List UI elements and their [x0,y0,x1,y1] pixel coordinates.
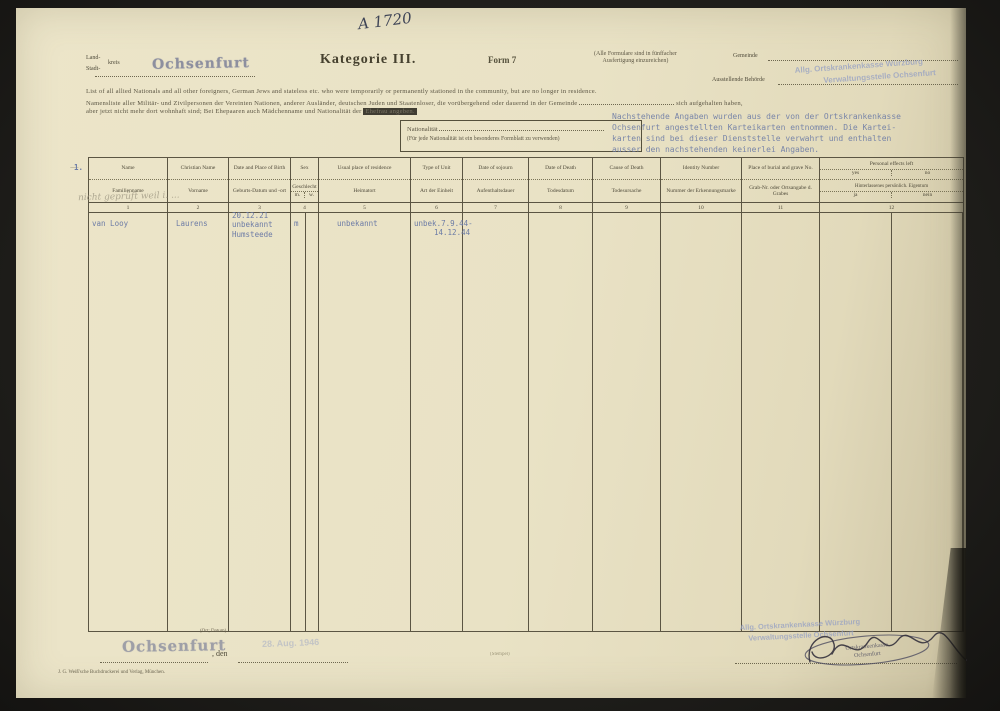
ochsenfurt-stamp-bottom: Ochsenfurt [122,636,227,656]
col-death-date-en: Date of Death [529,158,592,180]
typed-note-line1: Nachstehende Angaben wurden aus der von … [612,111,901,122]
nationality-box: Nationalität (Für jede Nationalität ist … [400,120,642,152]
col-header-identity: Identity Number Nummer der Erkennungsmar… [661,158,742,212]
row-christian-name: Laurens [176,219,208,228]
col-unit-en: Type of Unit [411,158,462,180]
printer-imprint: J. G. Weiß'sche Buchdruckerei und Verlag… [58,670,165,675]
col-burial-de: Grab-Nr. oder Ortsangabe d. Grabes [742,180,819,202]
intro-german-line1: Namensliste aller Militär- und Zivilpers… [86,98,743,107]
col-residence-en: Usual place of residence [319,158,410,180]
cell-sojourn [463,213,529,631]
col-header-sex: Sex Geschlecht m. w. 4 [291,158,319,212]
col-header-burial: Place of burial and grave No. Grab-Nr. o… [742,158,820,212]
cell-effects [820,213,963,631]
intro-german-line1-end: sich aufgehalten haben, [676,100,743,107]
copies-note: (Alle Formulare sind in fünffacher Ausfe… [594,51,677,65]
col-sex-en: Sex [291,158,318,180]
table-body: van Looy Laurens 20.12.21 unbekannt Hums… [88,212,964,632]
row-birth-unknown: unbekannt [232,220,273,229]
land-label: Land- [86,55,100,62]
col-birth-en: Date and Place of Birth [229,158,290,180]
col-death-date-de: Todesdatum [529,180,592,202]
col-header-birth: Date and Place of Birth Geburts-Datum un… [229,158,291,212]
col-death-cause-num: 9 [593,202,660,212]
col-header-christian-name: Christian Name Vorname 2 [168,158,229,212]
row-birth-place: Humsteede [232,230,273,239]
col-header-death-cause: Cause of Death Todesursache 9 [593,158,661,212]
gemeinde-inline-blank [579,98,674,105]
intro-german-line2: aber jetzt nicht mehr dort wohnhaft sind… [86,108,417,115]
gemeinde-label: Gemeinde [733,53,758,60]
cell-residence: unbekannt [319,213,411,631]
cell-death-date [529,213,593,631]
den-label: , den [212,649,228,658]
col-identity-num: 10 [661,202,741,212]
intro-german-line2-text: aber jetzt nicht mehr dort wohnhaft sind… [86,108,361,115]
col-name-num: 1 [89,202,167,212]
col-effects-num: 12 [820,202,963,212]
col-death-cause-de: Todesursache [593,180,660,202]
row-birth-date: 20.12.21 [232,211,273,220]
cell-sex: m [291,213,319,631]
col-header-effects: Personal effects left yes no Hinterlasse… [820,158,963,212]
col-effects-sub-yes: yes [820,170,891,176]
col-effects-en-label: Personal effects left [870,161,914,167]
cell-unit: unbek.7.9.44- 14.12.44 [411,213,463,631]
intro-english: List of all allied Nationals and all oth… [86,88,597,95]
col-name-en: Name [89,158,167,180]
typed-note-line3: karten sind bei dieser Dienststelle verw… [612,133,901,144]
table-header: Name Familienname 1 Christian Name Vorna… [88,157,964,212]
oval-stamp-text-line2: Ochsenfurt [854,650,881,659]
redacted-text: Ehefrau angeben. [363,108,416,115]
date-blank-line [238,656,348,663]
row-index: 1. [74,163,83,172]
handwritten-archive-number: A 1720 [357,9,413,33]
cell-burial [742,213,820,631]
col-burial-num: 11 [742,202,819,212]
col-effects-de-subsplit: ja nein [820,191,963,198]
col-sex-num: 4 [291,202,318,212]
row-name: van Looy [92,219,128,228]
col-christian-en: Christian Name [168,158,228,180]
nationality-note: (Für jede Nationalität ist ein besondere… [407,136,635,142]
intro-german-line1-text: Namensliste aller Militär- und Zivilpers… [86,100,577,107]
row-unit-line2: 14.12.44 [434,228,473,237]
ochsenfurt-stamp-top: Ochsenfurt [152,55,250,73]
col-sojourn-de: Aufenthaltsdauer [463,180,528,202]
col-sojourn-num: 7 [463,202,528,212]
col-identity-en: Identity Number [661,158,741,180]
col-burial-en: Place of burial and grave No. [742,158,819,180]
cell-christian-name: Laurens [168,213,229,631]
row-birth: 20.12.21 unbekannt Humsteede [232,211,273,239]
col-effects-sub-ja: ja [820,192,891,198]
behoerde-label: Ausstellende Behörde [712,77,765,84]
cell-birth: 20.12.21 unbekannt Humsteede [229,213,291,631]
row-sex: m [294,219,299,228]
row-unit-line1: unbek.7.9.44- [414,219,473,228]
col-header-sojourn: Date of sojourn Aufenthaltsdauer 7 [463,158,529,212]
col-effects-en-subsplit: yes no [820,169,963,176]
stempel-label: (Stempel) [490,652,510,657]
col-death-cause-en: Cause of Death [593,158,660,180]
col-header-unit: Type of Unit Art der Einheit 6 [411,158,463,212]
col-unit-num: 6 [411,202,462,212]
col-identity-de: Nummer der Erkennungsmarke [661,180,741,202]
ort-blank-line [100,656,208,663]
cell-death-cause [593,213,661,631]
cell-identity [661,213,742,631]
col-unit-de: Art der Einheit [411,180,462,202]
copies-note-line2: Ausfertigung einzureichen) [594,58,677,65]
col-residence-num: 5 [319,202,410,212]
nationality-label: Nationalität [407,126,438,133]
page-title: Kategorie III. [320,52,416,68]
row-residence: unbekannt [337,219,378,228]
typed-note-line4: ausser den nachstehenden keinerlei Angab… [612,144,901,155]
date-stamp: 28. Aug. 1946 [262,637,320,649]
col-header-name: Name Familienname 1 [89,158,168,212]
col-header-death-date: Date of Death Todesdatum 8 [529,158,593,212]
typed-note-line2: Ochsenfurt angestellten Karteikarten ent… [612,122,901,133]
col-sojourn-en: Date of sojourn [463,158,528,180]
kreis-label: kreis [108,60,120,67]
row-unit-dates: unbek.7.9.44- 14.12.44 [414,219,473,238]
form-number: Form 7 [488,55,516,65]
col-death-date-num: 8 [529,202,592,212]
nationality-blank-line [439,124,604,131]
col-effects-de-label: Hinterlassenes persönlich. Eigentum [855,184,928,190]
cell-name: van Looy [89,213,168,631]
ort-datum-label: (Ort; Datum) [200,629,226,634]
scanned-form-page: A 1720 Land- Stadt- kreis Ochsenfurt Kat… [16,8,966,698]
col-christian-num: 2 [168,202,228,212]
typed-note: Nachstehende Angaben wurden aus der von … [612,111,901,155]
registration-table: Name Familienname 1 Christian Name Vorna… [88,157,964,632]
